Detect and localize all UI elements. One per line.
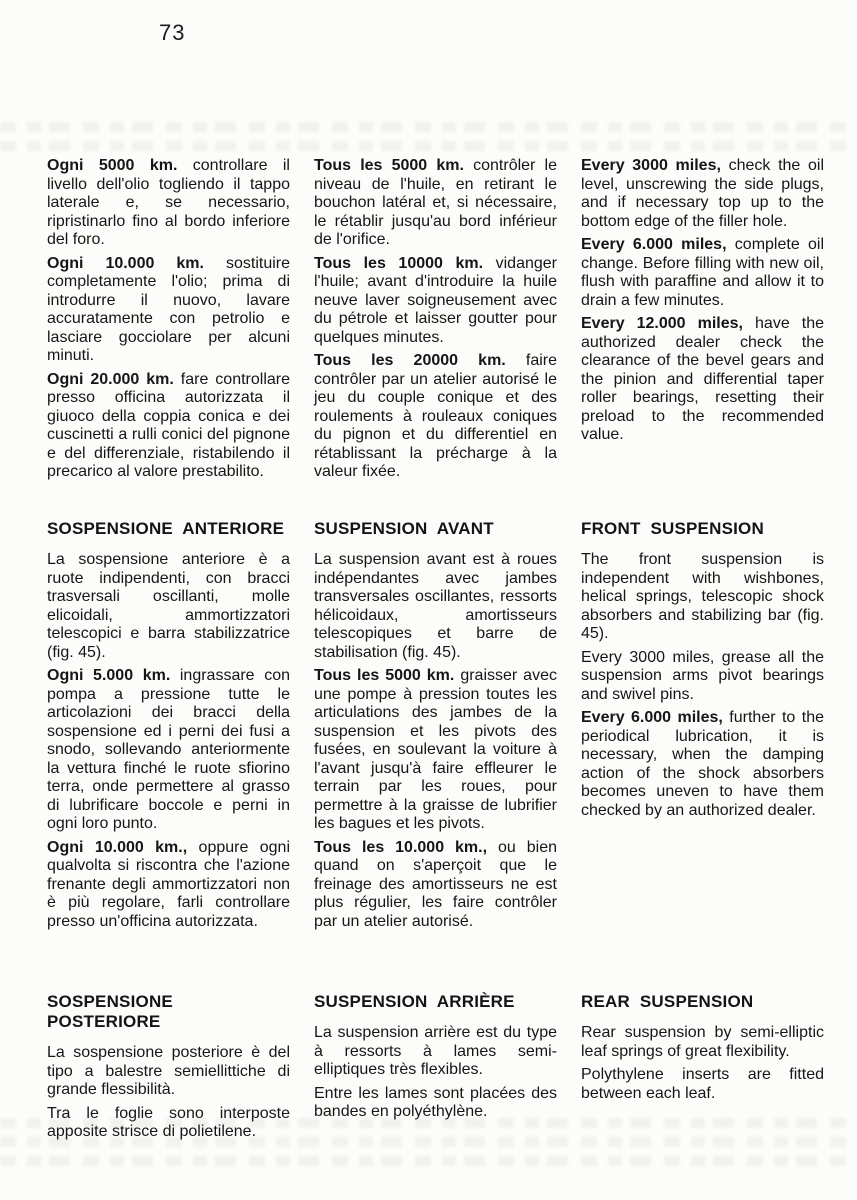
paragraph-lead: Every 6.000 miles, (581, 236, 727, 253)
italian-lubrication-section: Ogni 5000 km. controllare il livello del… (47, 157, 290, 519)
paragraph-lead: Ogni 10.000 km., (47, 839, 187, 856)
paragraph-lead: Tous les 5000 km. (314, 667, 454, 684)
french-lubrication-section: Tous les 5000 km. contrôler le niveau de… (314, 157, 557, 519)
paragraph-text: La suspension arrière est du type à ress… (314, 1024, 557, 1078)
paragraph: Every 6.000 miles, complete oil change. … (581, 236, 824, 310)
italian-rear-suspension-section: SOSPENSIONE POSTERIORE La sospensione po… (47, 992, 290, 1147)
section-heading: SOSPENSIONE ANTERIORE (47, 519, 290, 539)
paragraph-lead: Ogni 20.000 km. (47, 371, 174, 388)
paragraph-text: The front suspension is independent with… (581, 551, 824, 642)
paragraph-text: Entre les lames sont placées des bandes … (314, 1085, 557, 1121)
paragraph-lead: Tous les 5000 km. (314, 157, 464, 174)
paragraph: La suspension avant est à roues indépend… (314, 551, 557, 662)
paragraph: Tous les 10.000 km., ou bien quand on s'… (314, 839, 557, 932)
paragraph-lead: Tous les 10.000 km., (314, 839, 487, 856)
paragraph-lead: Every 12.000 miles, (581, 315, 743, 332)
paragraph-text: La sospensione anteriore è a ruote indip… (47, 551, 290, 661)
paragraph-text: Polythylene inserts are fitted between e… (581, 1066, 824, 1102)
paragraph: Ogni 5000 km. controllare il livello del… (47, 157, 290, 250)
paragraph: Every 3000 miles, check the oil level, u… (581, 157, 824, 231)
paragraph-text: graisser avec une pompe à pression toute… (314, 667, 557, 832)
paragraph: Tra le foglie sono interposte apposite s… (47, 1105, 290, 1142)
paragraph: Ogni 5.000 km. ingrassare con pompa a pr… (47, 667, 290, 834)
paragraph: Ogni 10.000 km. sostituire completamente… (47, 255, 290, 366)
paragraph: Every 3000 miles, grease all the suspens… (581, 649, 824, 705)
paragraph: La sospensione posteriore è del tipo a b… (47, 1044, 290, 1100)
paragraph-lead: Ogni 5000 km. (47, 157, 177, 174)
page-number: 73 (159, 20, 185, 46)
paragraph: Tous les 10000 km. vidanger l'huile; ava… (314, 255, 557, 348)
paragraph-lead: Every 3000 miles, (581, 157, 721, 174)
french-front-suspension-section: SUSPENSION AVANT La suspension avant est… (314, 519, 557, 992)
paragraph: Every 6.000 miles, further to the period… (581, 709, 824, 820)
french-rear-suspension-section: SUSPENSION ARRIÈRE La suspension arrière… (314, 992, 557, 1147)
paragraph: La sospensione anteriore è a ruote indip… (47, 551, 290, 662)
paragraph-lead: Tous les 10000 km. (314, 255, 483, 272)
paragraph: La suspension arrière est du type à ress… (314, 1024, 557, 1080)
paragraph-text: ingrassare con pompa a pressione tutte l… (47, 667, 290, 832)
paragraph: Tous les 5000 km. contrôler le niveau de… (314, 157, 557, 250)
section-heading: REAR SUSPENSION (581, 992, 824, 1012)
paragraph: Ogni 20.000 km. fare controllare presso … (47, 371, 290, 482)
english-lubrication-section: Every 3000 miles, check the oil level, u… (581, 157, 824, 519)
paragraph-text: Tra le foglie sono interposte apposite s… (47, 1105, 290, 1141)
scan-bleed-artifact-top (0, 122, 857, 160)
paragraph: Polythylene inserts are fitted between e… (581, 1066, 824, 1103)
paragraph-lead: Ogni 5.000 km. (47, 667, 170, 684)
paragraph-lead: Tous les 20000 km. (314, 352, 506, 369)
paragraph: Entre les lames sont placées des bandes … (314, 1085, 557, 1122)
italian-front-suspension-section: SOSPENSIONE ANTERIORE La sospensione ant… (47, 519, 290, 992)
paragraph-text: Rear suspension by semi-elliptic leaf sp… (581, 1024, 824, 1060)
section-heading: SUSPENSION AVANT (314, 519, 557, 539)
page-content: Ogni 5000 km. controllare il livello del… (47, 157, 824, 1147)
section-heading: FRONT SUSPENSION (581, 519, 824, 539)
paragraph: Tous les 20000 km. faire contrôler par u… (314, 352, 557, 482)
paragraph: Every 12.000 miles, have the authorized … (581, 315, 824, 445)
paragraph-text: La sospensione posteriore è del tipo a b… (47, 1044, 290, 1098)
paragraph: The front suspension is independent with… (581, 551, 824, 644)
paragraph-text: faire contrôler par un atelier autorisé … (314, 352, 557, 480)
paragraph-lead: Every 6.000 miles, (581, 709, 723, 726)
section-heading: SUSPENSION ARRIÈRE (314, 992, 557, 1012)
paragraph-text: Every 3000 miles, grease all the suspens… (581, 649, 824, 703)
paragraph-text: La suspension avant est à roues indépend… (314, 551, 557, 661)
paragraph: Ogni 10.000 km., oppure ogni qualvolta s… (47, 839, 290, 932)
paragraph-text: have the authorized dealer check the cle… (581, 315, 824, 443)
section-heading: SOSPENSIONE POSTERIORE (47, 992, 290, 1032)
english-rear-suspension-section: REAR SUSPENSION Rear suspension by semi-… (581, 992, 824, 1147)
english-front-suspension-section: FRONT SUSPENSION The front suspension is… (581, 519, 824, 992)
paragraph-lead: Ogni 10.000 km. (47, 255, 204, 272)
paragraph: Rear suspension by semi-elliptic leaf sp… (581, 1024, 824, 1061)
paragraph: Tous les 5000 km. graisser avec une pomp… (314, 667, 557, 834)
